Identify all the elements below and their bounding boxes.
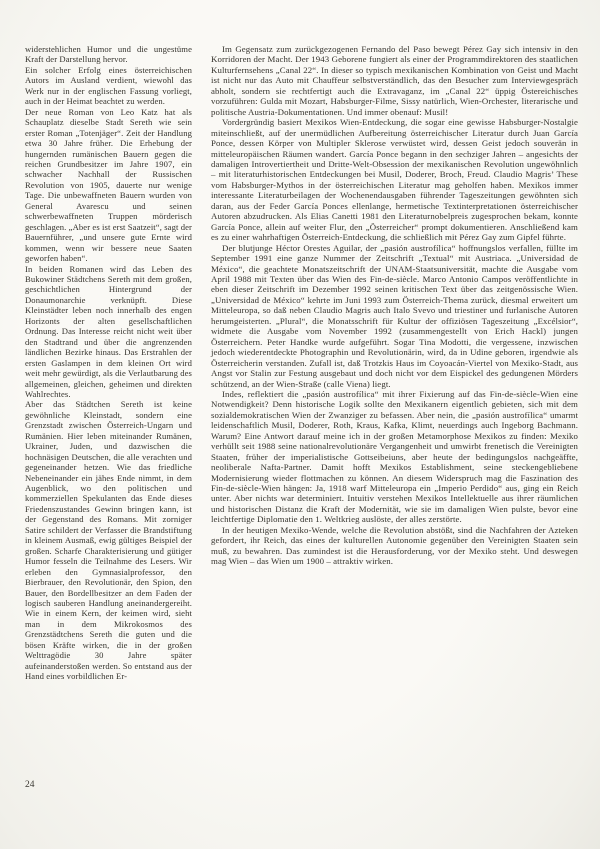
paragraph: In der heutigen Mexiko-Wende, welche die… <box>211 525 578 567</box>
paragraph: widerstehlichen Humor und die ungestüme … <box>25 44 192 65</box>
book-page: widerstehlichen Humor und die ungestüme … <box>0 0 600 849</box>
paragraph: Indes, reflektiert die „pasión austrofíl… <box>211 389 578 525</box>
paragraph: Der neue Roman von Leo Katz hat als Scha… <box>25 107 192 264</box>
paragraph: In beiden Romanen wird das Leben des Buk… <box>25 264 192 400</box>
paragraph: Aber das Städtchen Sereth ist keine gewö… <box>25 399 192 681</box>
paragraph: Im Gegensatz zum zurückgezogenen Fernand… <box>211 44 578 117</box>
paragraph: Vordergründig basiert Mexikos Wien-Entde… <box>211 117 578 242</box>
right-text-column: Im Gegensatz zum zurückgezogenen Fernand… <box>211 44 578 567</box>
paragraph: Ein solcher Erfolg eines österreichische… <box>25 65 192 107</box>
paragraph: Der blutjunge Héctor Orestes Aguilar, de… <box>211 243 578 389</box>
left-text-column: widerstehlichen Humor und die ungestüme … <box>25 44 192 682</box>
page-number: 24 <box>25 780 35 790</box>
